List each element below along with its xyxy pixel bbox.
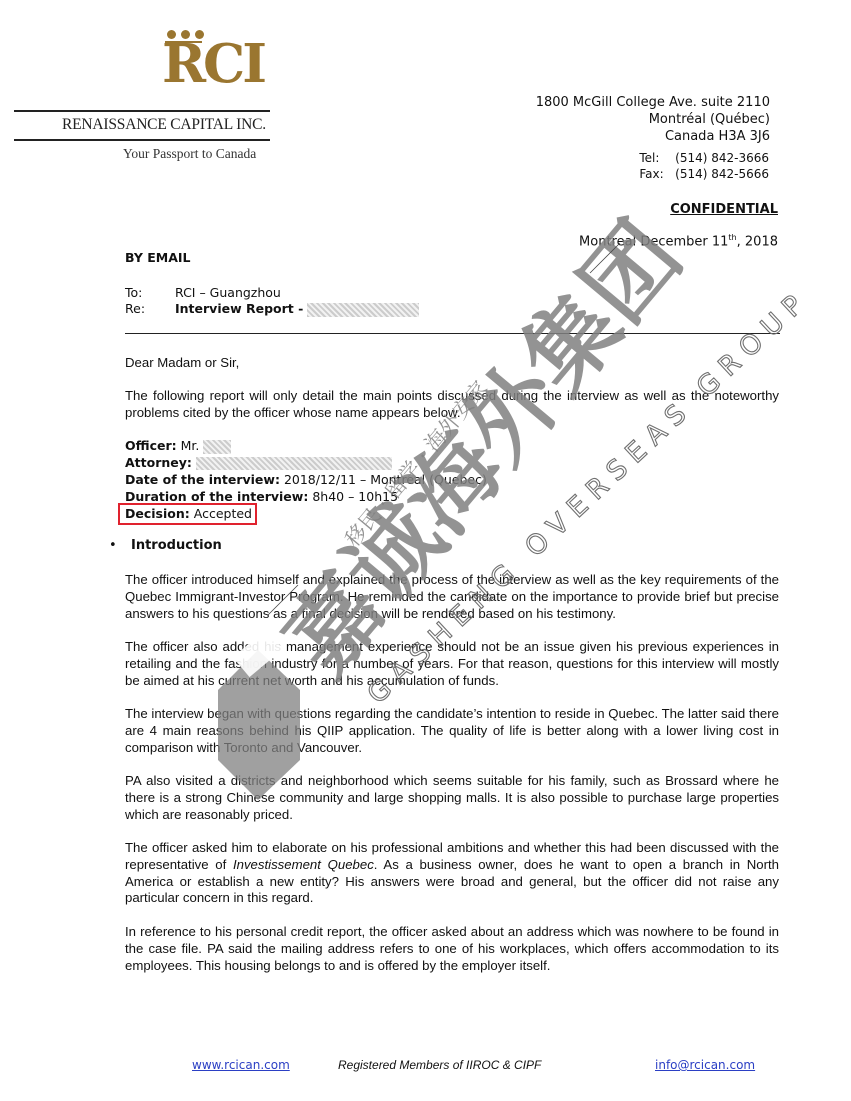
delivery-method: BY EMAIL [125,250,191,265]
header-divider [125,333,780,334]
address-line-3: Canada H3A 3J6 [536,128,770,145]
attorney-row: Attorney: [125,454,487,471]
date-row: Date of the interview: 2018/12/11 – Mont… [125,471,487,488]
logo-rule-bottom [14,139,270,141]
officer-row: Officer: Mr. [125,437,487,454]
paragraph-3: The interview began with questions regar… [125,706,779,756]
bullet-icon: • [109,538,131,553]
date-value: 2018/12/11 – Montreal (Quebec) [284,472,487,487]
section-heading-introduction: •Introduction [109,538,222,553]
officer-value: Mr. [181,438,200,453]
company-address: 1800 McGill College Ave. suite 2110 Mont… [536,94,770,145]
fax-number: (514) 842-5666 [675,167,769,181]
logo-rule-top [14,110,270,112]
to-line: To:RCI – Guangzhou [125,285,281,300]
p5-organization: Investissement Quebec [233,857,374,872]
paragraph-6: In reference to his personal credit repo… [125,924,779,974]
confidential-label: CONFIDENTIAL [670,202,778,217]
date-text: Montreal December 11 [579,234,728,249]
duration-label: Duration of the interview: [125,489,308,504]
date-label: Date of the interview: [125,472,280,487]
date-year: , 2018 [737,234,778,249]
address-line-1: 1800 McGill College Ave. suite 2110 [536,94,770,111]
address-line-2: Montréal (Québec) [536,111,770,128]
date-ordinal: th [728,233,736,242]
paragraph-5: The officer asked him to elaborate on hi… [125,840,779,907]
salutation: Dear Madam or Sir, [125,355,779,372]
to-label: To: [125,285,175,300]
attorney-label: Attorney: [125,455,192,470]
logo-mark: RCI [162,38,264,91]
paragraph-1: The officer introduced himself and expla… [125,572,779,622]
section-title: Introduction [131,538,222,553]
re-label: Re: [125,301,175,316]
email-link[interactable]: info@rcican.com [655,1058,755,1072]
officer-label: Officer: [125,438,177,453]
to-value: RCI – Guangzhou [175,285,281,300]
redacted-client-name [307,303,419,317]
registration-note: Registered Members of IIROC & CIPF [338,1058,541,1072]
redacted-attorney-name [196,457,392,470]
letter-page: RCI RENAISSANCE CAPITAL INC. Your Passpo… [0,0,851,1101]
letter-date: Montreal December 11th, 2018 [579,233,778,249]
tel-label: Tel: [639,151,671,167]
re-line: Re:Interview Report - [125,301,419,317]
paragraph-2: The officer also added his management ex… [125,639,779,689]
decision-highlight-box [118,503,257,525]
redacted-officer-name [203,440,231,454]
company-contact: Tel: (514) 842-3666 Fax: (514) 842-5666 [639,151,769,182]
fax-label: Fax: [639,167,671,183]
duration-value: 8h40 – 10h15 [312,489,398,504]
company-tagline: Your Passport to Canada [123,146,256,162]
re-value: Interview Report - [175,301,303,316]
company-name: RENAISSANCE CAPITAL INC. [62,116,266,134]
website-link[interactable]: www.rcican.com [192,1058,290,1072]
paragraph-4: PA also visited a districts and neighbor… [125,773,779,823]
tel-number: (514) 842-3666 [675,151,769,165]
intro-paragraph: The following report will only detail th… [125,388,779,422]
